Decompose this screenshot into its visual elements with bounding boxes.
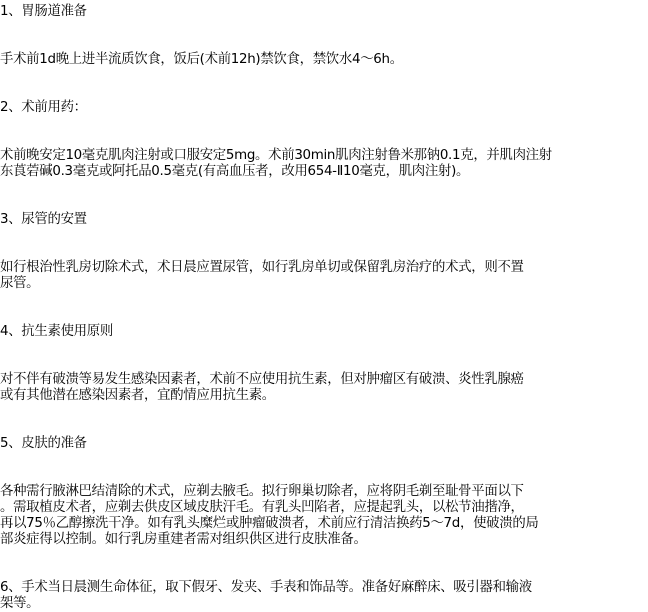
section-heading: 2、术前用药： bbox=[0, 100, 648, 116]
heading-text: 5、皮肤的准备 bbox=[0, 436, 648, 452]
spacer bbox=[0, 68, 648, 100]
spacer bbox=[0, 180, 648, 212]
paragraph-line: 部炎症得以控制。如行乳房重建者需对组织供区进行皮肤准备。 bbox=[0, 532, 648, 548]
paragraph-line: 各种需行腋淋巴结清除的术式，应剃去腋毛。拟行卵巢切除者，应将阴毛剃至耻骨平面以下 bbox=[0, 484, 648, 500]
section-paragraph: 如行根治性乳房切除术式，术日晨应置尿管，如行乳房单切或保留乳房治疗的术式，则不置… bbox=[0, 260, 648, 292]
paragraph-line: 东莨菪碱0.3毫克或阿托品0.5毫克(有高血压者，改用654-Ⅱ10毫克，肌肉注… bbox=[0, 164, 648, 180]
section-heading: 5、皮肤的准备 bbox=[0, 436, 648, 452]
section-skin-prep: 5、皮肤的准备 各种需行腋淋巴结清除的术式，应剃去腋毛。拟行卵巢切除者，应将阴毛… bbox=[0, 436, 648, 580]
paragraph-line: 对不伴有破溃等易发生感染因素者，术前不应使用抗生素，但对肿瘤区有破溃、炎性乳腺癌 bbox=[0, 372, 648, 388]
section-urinary-catheter: 3、尿管的安置 如行根治性乳房切除术式，术日晨应置尿管，如行乳房单切或保留乳房治… bbox=[0, 212, 648, 324]
spacer bbox=[0, 116, 648, 148]
heading-text: 1、胃肠道准备 bbox=[0, 4, 648, 20]
paragraph-line: 术前晚安定10毫克肌肉注射或口服安定5mg。术前30min肌肉注射鲁米那钠0.1… bbox=[0, 148, 648, 164]
paragraph-line: 架等。 bbox=[0, 596, 648, 612]
paragraph-line: 手术前1d晚上进半流质饮食，饭后(术前12h)禁饮食，禁饮水4～6h。 bbox=[0, 52, 648, 68]
section-paragraph: 6、手术当日晨测生命体征，取下假牙、发夹、手表和饰品等。准备好麻醉床、吸引器和输… bbox=[0, 580, 648, 612]
spacer bbox=[0, 340, 648, 372]
heading-text: 3、尿管的安置 bbox=[0, 212, 648, 228]
section-heading: 1、胃肠道准备 bbox=[0, 4, 648, 20]
spacer bbox=[0, 404, 648, 436]
section-preoperative-medication: 2、术前用药： 术前晚安定10毫克肌肉注射或口服安定5mg。术前30min肌肉注… bbox=[0, 100, 648, 212]
spacer bbox=[0, 548, 648, 580]
section-gastrointestinal-prep: 1、胃肠道准备 手术前1d晚上进半流质饮食，饭后(术前12h)禁饮食，禁饮水4～… bbox=[0, 4, 648, 100]
document: 1、胃肠道准备 手术前1d晚上进半流质饮食，饭后(术前12h)禁饮食，禁饮水4～… bbox=[0, 4, 648, 612]
spacer bbox=[0, 20, 648, 52]
section-paragraph: 术前晚安定10毫克肌肉注射或口服安定5mg。术前30min肌肉注射鲁米那钠0.1… bbox=[0, 148, 648, 180]
section-antibiotic-principles: 4、抗生素使用原则 对不伴有破溃等易发生感染因素者，术前不应使用抗生素，但对肿瘤… bbox=[0, 324, 648, 436]
section-paragraph: 对不伴有破溃等易发生感染因素者，术前不应使用抗生素，但对肿瘤区有破溃、炎性乳腺癌… bbox=[0, 372, 648, 404]
spacer bbox=[0, 292, 648, 324]
heading-text: 2、术前用药： bbox=[0, 100, 648, 116]
section-heading: 3、尿管的安置 bbox=[0, 212, 648, 228]
section-paragraph: 各种需行腋淋巴结清除的术式，应剃去腋毛。拟行卵巢切除者，应将阴毛剃至耻骨平面以下… bbox=[0, 484, 648, 548]
paragraph-line: 再以75％乙醇擦洗干净。如有乳头糜烂或肿瘤破溃者，术前应行清洁换药5～7d，使破… bbox=[0, 516, 648, 532]
spacer bbox=[0, 228, 648, 260]
section-paragraph: 手术前1d晚上进半流质饮食，饭后(术前12h)禁饮食，禁饮水4～6h。 bbox=[0, 52, 648, 68]
paragraph-line: 。需取植皮术者，应剃去供皮区域皮肤汗毛。有乳头凹陷者，应提起乳头，以松节油揩净， bbox=[0, 500, 648, 516]
section-surgery-day-prep: 6、手术当日晨测生命体征，取下假牙、发夹、手表和饰品等。准备好麻醉床、吸引器和输… bbox=[0, 580, 648, 612]
heading-text: 4、抗生素使用原则 bbox=[0, 324, 648, 340]
spacer bbox=[0, 452, 648, 484]
section-heading: 4、抗生素使用原则 bbox=[0, 324, 648, 340]
paragraph-line: 或有其他潜在感染因素者，宜酌情应用抗生素。 bbox=[0, 388, 648, 404]
paragraph-line: 尿管。 bbox=[0, 276, 648, 292]
paragraph-line: 6、手术当日晨测生命体征，取下假牙、发夹、手表和饰品等。准备好麻醉床、吸引器和输… bbox=[0, 580, 648, 596]
paragraph-line: 如行根治性乳房切除术式，术日晨应置尿管，如行乳房单切或保留乳房治疗的术式，则不置 bbox=[0, 260, 648, 276]
